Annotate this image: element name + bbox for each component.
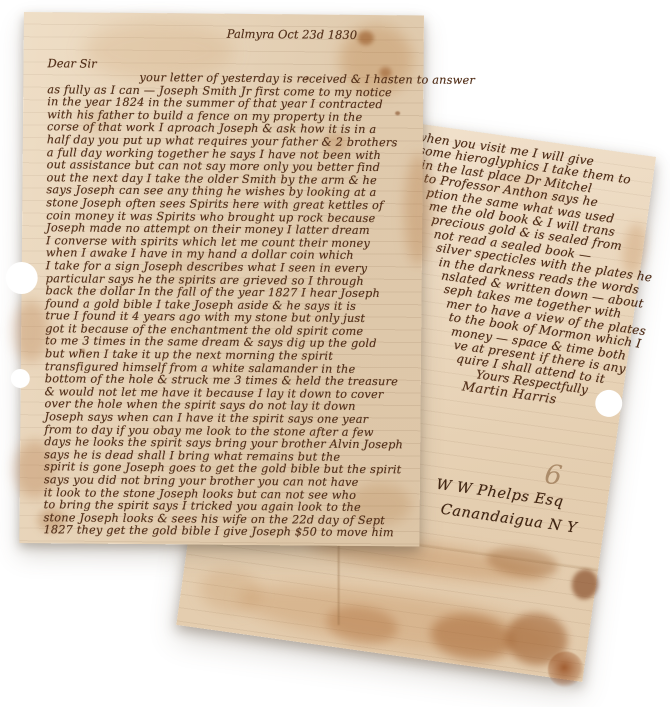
fold-crease bbox=[338, 541, 340, 625]
seal-stain bbox=[545, 649, 586, 690]
age-stain bbox=[358, 31, 374, 45]
age-stain bbox=[502, 609, 571, 669]
age-stain bbox=[235, 572, 563, 671]
age-stain bbox=[197, 566, 264, 616]
torn-hole bbox=[6, 262, 38, 294]
age-stain bbox=[570, 568, 600, 601]
age-stain bbox=[324, 602, 400, 648]
torn-hole bbox=[11, 369, 30, 388]
manuscript-lines: your letter of yesterday is received & I… bbox=[43, 71, 421, 540]
letter-body-page-one: Dear Sir your letter of yesterday is rec… bbox=[43, 56, 421, 540]
dateline: Palmyra Oct 23d 1830 bbox=[227, 27, 357, 42]
torn-hole bbox=[594, 388, 624, 418]
letter-page-one: Palmyra Oct 23d 1830 Dear Sir your lette… bbox=[19, 12, 424, 546]
photo-canvas: when you visit me I will givesome hierog… bbox=[0, 0, 670, 707]
pen-flourish: 6 bbox=[543, 459, 564, 492]
age-stain bbox=[428, 609, 516, 666]
manuscript-line: 1827 they get the gold bible I give Jose… bbox=[43, 525, 417, 541]
age-stain bbox=[13, 300, 50, 362]
